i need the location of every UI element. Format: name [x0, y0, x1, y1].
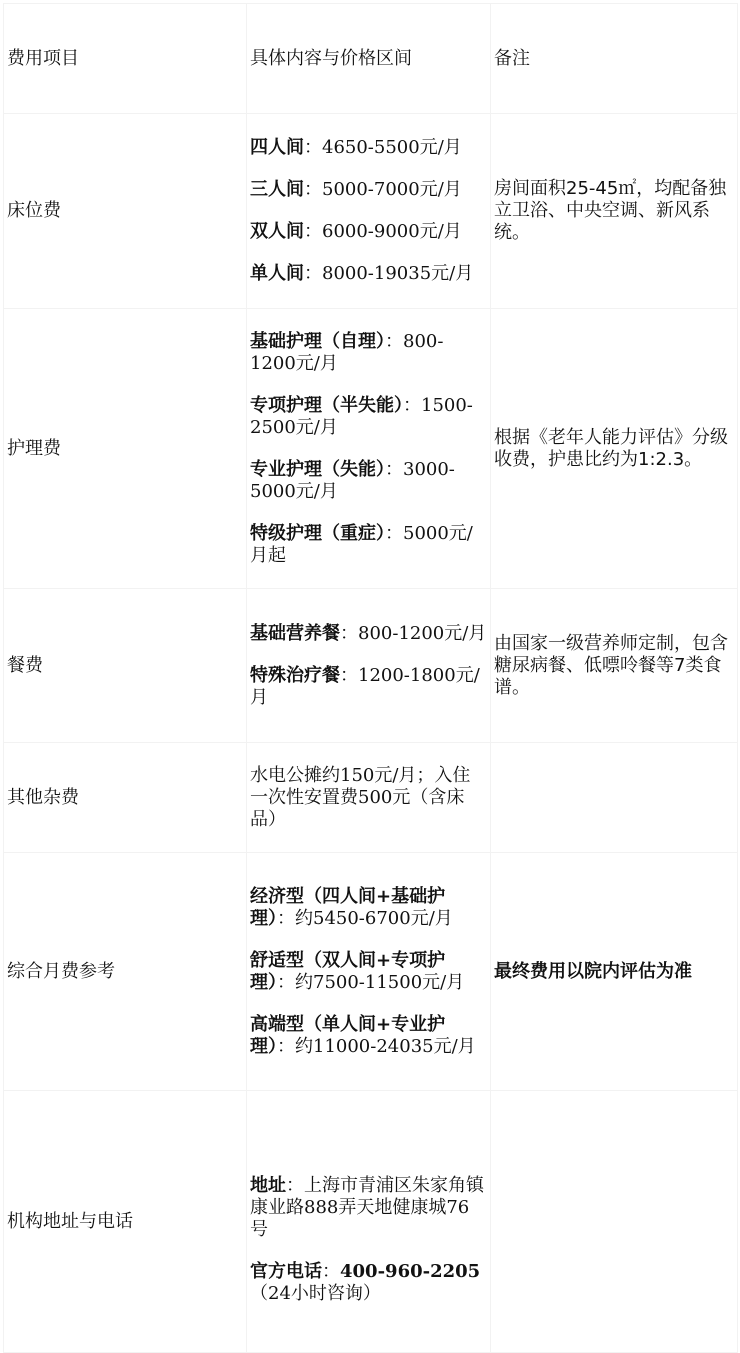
- fee-content: 经济型（四人间+基础护理）：约5450-6700元/月 舒适型（双人间+专项护理…: [247, 853, 490, 1090]
- fee-item-label: 综合月费参考: [4, 853, 246, 1090]
- entry-value: 8000-19035元/月: [322, 263, 473, 284]
- entry-value: 6000-9000元/月: [322, 221, 462, 242]
- phone-label: 官方电话: [250, 1261, 322, 1282]
- package-entry: 舒适型（双人间+专项护理）：约7500-11500元/月: [250, 950, 487, 994]
- fee-item-label: 其他杂费: [4, 743, 246, 852]
- fee-item-label: 护理费: [4, 309, 246, 588]
- fee-remark: 根据《老年人能力评估》分级收费，护患比约为1:2.3。: [491, 309, 737, 588]
- fee-content: 基础营养餐：800-1200元/月 特殊治疗餐：1200-1800元/月: [247, 589, 490, 742]
- fee-remark: 最终费用以院内评估为准: [491, 853, 737, 1090]
- entry-name: 四人间: [250, 137, 304, 158]
- price-entry: 基础营养餐：800-1200元/月: [250, 623, 487, 645]
- entry-value: 约7500-11500元/月: [295, 972, 464, 993]
- price-entry: 双人间：6000-9000元/月: [250, 221, 487, 243]
- entry-name: 专项护理（半失能）: [250, 395, 403, 416]
- price-entry: 专项护理（半失能）：1500-2500元/月: [250, 395, 487, 439]
- table-row-meal-fee: 餐费 基础营养餐：800-1200元/月 特殊治疗餐：1200-1800元/月 …: [4, 589, 737, 742]
- price-entry: 三人间：5000-7000元/月: [250, 179, 487, 201]
- phone-entry: 官方电话：400-960-2205（24小时咨询）: [250, 1261, 487, 1305]
- entry-name: 专业护理（失能）: [250, 459, 385, 480]
- phone-note: （24小时咨询）: [250, 1283, 381, 1304]
- fee-remark: 房间面积25-45㎡，均配备独立卫浴、中央空调、新风系统。: [491, 114, 737, 308]
- package-entry: 高端型（单人间+专业护理）：约11000-24035元/月: [250, 1014, 487, 1058]
- fee-remark: 由国家一级营养师定制，包含糖尿病餐、低嘌呤餐等7类食谱。: [491, 589, 737, 742]
- fee-table: 费用项目 具体内容与价格区间 备注 床位费 四人间：4650-5500元/月 三…: [3, 3, 738, 1319]
- price-entry: 专业护理（失能）：3000-5000元/月: [250, 459, 487, 503]
- entry-value: 4650-5500元/月: [322, 137, 462, 158]
- table-row-nursing-fee: 护理费 基础护理（自理）：800-1200元/月 专项护理（半失能）：1500-…: [4, 309, 737, 588]
- contact-content: 地址：上海市青浦区朱家角镇康业路888弄天地健康城76号 官方电话：400-96…: [247, 1091, 490, 1319]
- table-row-address-phone: 机构地址与电话 地址：上海市青浦区朱家角镇康业路888弄天地健康城76号 官方电…: [4, 1091, 737, 1319]
- price-entry: 特级护理（重症）：5000元/月起: [250, 523, 487, 567]
- header-fee-item: 费用项目: [4, 4, 246, 113]
- phone-number[interactable]: 400-960-2205: [340, 1261, 480, 1282]
- fee-item-label: 机构地址与电话: [4, 1091, 246, 1319]
- fee-content: 基础护理（自理）：800-1200元/月 专项护理（半失能）：1500-2500…: [247, 309, 490, 588]
- table-row-misc-fee: 其他杂费 水电公摊约150元/月；入住一次性安置费500元（含床品）: [4, 743, 737, 852]
- fee-item-label: 餐费: [4, 589, 246, 742]
- entry-value: 800-1200元/月: [358, 623, 486, 644]
- price-entry: 特殊治疗餐：1200-1800元/月: [250, 665, 487, 709]
- entry-name: 特级护理（重症）: [250, 523, 385, 544]
- entry-name: 双人间: [250, 221, 304, 242]
- table-header-row: 费用项目 具体内容与价格区间 备注: [4, 4, 737, 113]
- table-row-monthly-reference: 综合月费参考 经济型（四人间+基础护理）：约5450-6700元/月 舒适型（双…: [4, 853, 737, 1090]
- entry-value: 5000-7000元/月: [322, 179, 462, 200]
- entry-value: 约5450-6700元/月: [295, 908, 453, 929]
- entry-name: 基础护理（自理）: [250, 331, 385, 352]
- price-entry: 基础护理（自理）：800-1200元/月: [250, 331, 487, 375]
- entry-value: 约11000-24035元/月: [295, 1036, 476, 1057]
- entry-name: 单人间: [250, 263, 304, 284]
- price-entry: 单人间：8000-19035元/月: [250, 263, 487, 285]
- header-content-price: 具体内容与价格区间: [247, 4, 490, 113]
- fee-remark: [491, 1091, 737, 1319]
- table-row-bed-fee: 床位费 四人间：4650-5500元/月 三人间：5000-7000元/月 双人…: [4, 114, 737, 308]
- address-entry: 地址：上海市青浦区朱家角镇康业路888弄天地健康城76号: [250, 1175, 487, 1241]
- entry-name: 基础营养餐: [250, 623, 340, 644]
- address-label: 地址: [250, 1175, 286, 1196]
- fee-item-label: 床位费: [4, 114, 246, 308]
- entry-name: 三人间: [250, 179, 304, 200]
- fee-content: 四人间：4650-5500元/月 三人间：5000-7000元/月 双人间：60…: [247, 114, 490, 308]
- fee-remark: [491, 743, 737, 852]
- entry-name: 特殊治疗餐: [250, 665, 340, 686]
- header-remark: 备注: [491, 4, 737, 113]
- package-entry: 经济型（四人间+基础护理）：约5450-6700元/月: [250, 886, 487, 930]
- fee-content: 水电公摊约150元/月；入住一次性安置费500元（含床品）: [247, 743, 490, 852]
- price-entry: 四人间：4650-5500元/月: [250, 137, 487, 159]
